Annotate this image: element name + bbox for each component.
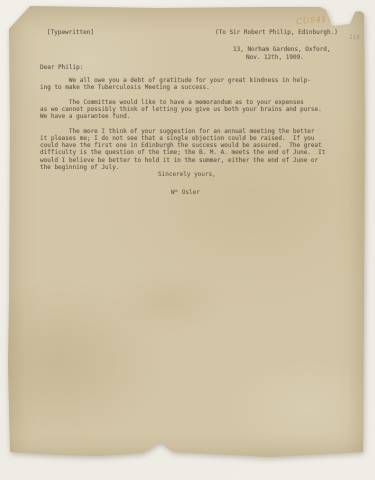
sender-address: 13, Norham Gardens, Oxford, <box>233 46 331 53</box>
body-line: We all owe you a debt of gratitude for y… <box>40 77 311 84</box>
paper-shadow-wrap: [Typewritten] (To Sir Robert Philip, Edi… <box>0 0 375 480</box>
paragraph-2: The Committee would like to have a memor… <box>40 99 322 121</box>
letter-date: Nov. 12th, 1909. <box>246 54 304 61</box>
body-line: difficulty is the question of the time; … <box>40 149 325 156</box>
body-line: The Committee would like to have a memor… <box>40 99 322 106</box>
signature: Wᵐ Osler <box>171 189 200 196</box>
body-line: as we cannot possibly think of letting y… <box>40 106 322 113</box>
closing: Sincerely yours, <box>158 171 216 178</box>
paragraph-3: The more I think of your suggestion for … <box>40 128 325 172</box>
folio-number: 116 <box>349 34 360 42</box>
paragraph-1: We all owe you a debt of gratitude for y… <box>40 77 311 92</box>
body-line: ing to make the Tuberculosis Meeting a s… <box>40 84 311 91</box>
recipient-annotation: (To Sir Robert Philip, Edinburgh.) <box>215 29 338 36</box>
body-line: would I believe be better to hold it in … <box>40 157 325 164</box>
body-line: could have the first one in Edinburgh th… <box>40 142 325 149</box>
archival-reference: CUS417/56 <box>296 13 348 26</box>
body-line: We have a guarantee fund. <box>40 113 322 120</box>
typed-annotation: [Typewritten] <box>47 29 94 36</box>
body-line: it pleases me; I do not see that a singl… <box>40 135 325 142</box>
body-line: The more I think of your suggestion for … <box>40 128 325 135</box>
salutation: Dear Philip: <box>40 64 83 71</box>
scan-background: [Typewritten] (To Sir Robert Philip, Edi… <box>0 0 375 480</box>
letter-paper: [Typewritten] (To Sir Robert Philip, Edi… <box>8 5 365 463</box>
